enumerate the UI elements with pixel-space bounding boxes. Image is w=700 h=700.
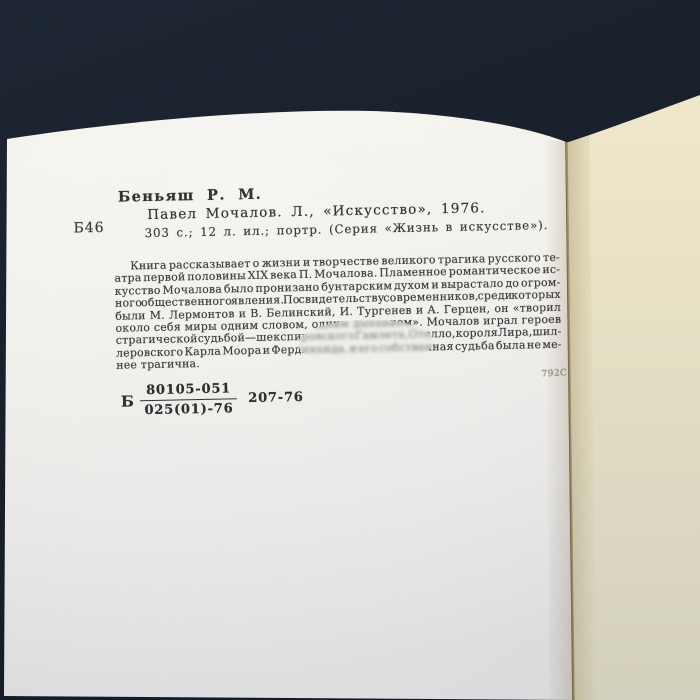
book-photo: Беньяш Р. М. Б46 Павел Мочалов. Л., «Иск… xyxy=(0,0,700,700)
catalog-numerator: 80105-051 xyxy=(140,381,237,401)
title-page-text: Беньяш Р. М. Б46 Павел Мочалов. Л., «Иск… xyxy=(0,0,700,700)
catalog-code: Б46 xyxy=(73,220,104,237)
catalog-fraction: 80105-051 025(01)-76 xyxy=(138,381,240,418)
catalog-suffix: 207-76 xyxy=(248,390,304,406)
catalog-prefix: Б xyxy=(121,392,135,410)
catalog-number-block: Б 80105-051 025(01)-76 207-76 xyxy=(121,380,304,419)
catalog-denominator: 025(01)-76 xyxy=(138,399,239,418)
author-heading: Беньяш Р. М. xyxy=(118,186,263,206)
classmark: 792С xyxy=(541,368,568,379)
